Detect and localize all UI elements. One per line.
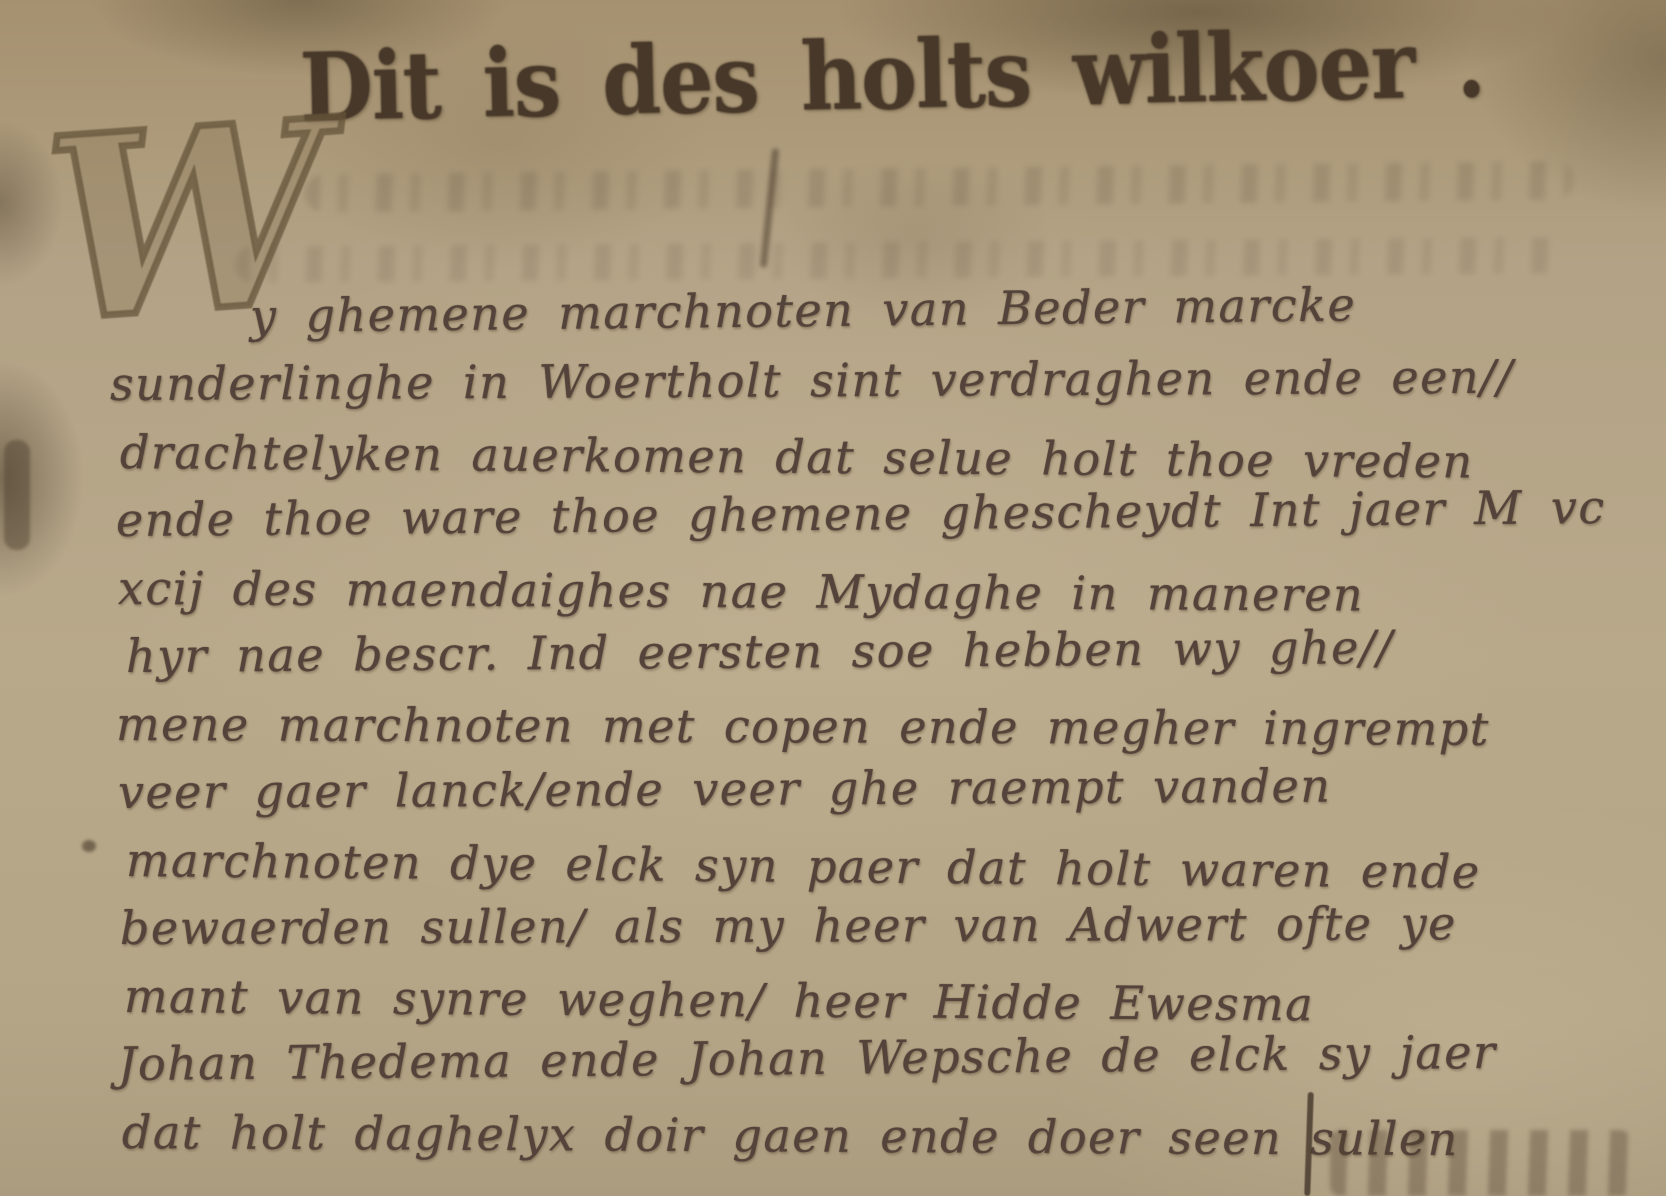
cropped-margin-text-smudge [1330, 1130, 1630, 1196]
edge-ink-blot [4, 440, 30, 550]
ink-spot [82, 840, 96, 852]
text-line-12: Johan Thedema ende Johan Wepsche de elck… [118, 1017, 1609, 1098]
manuscript-page: Dit is des holts wilkoer . W y ghemene m… [0, 0, 1666, 1196]
text-line-4: ende thoe ware thoe ghemene ghescheydt I… [116, 473, 1609, 554]
text-line-1: y ghemene marchnoten van Beder marcke [250, 268, 1609, 350]
text-line-10: bewaerden sullen/ als my heer van Adwert… [120, 889, 1608, 962]
manuscript-body: y ghemene marchnoten van Beder marcke su… [108, 282, 1608, 1166]
faded-ink-smudge [305, 161, 1575, 212]
text-line-8: veer gaer lanck/ende veer ghe raempt van… [118, 750, 1608, 826]
text-line-2: sunderlinghe in Woertholt sint verdraghe… [110, 342, 1608, 418]
document-title: Dit is des holts wilkoer . [299, 7, 1481, 143]
text-line-6: hyr nae bescr. Ind eersten soe hebben wy… [126, 612, 1608, 690]
